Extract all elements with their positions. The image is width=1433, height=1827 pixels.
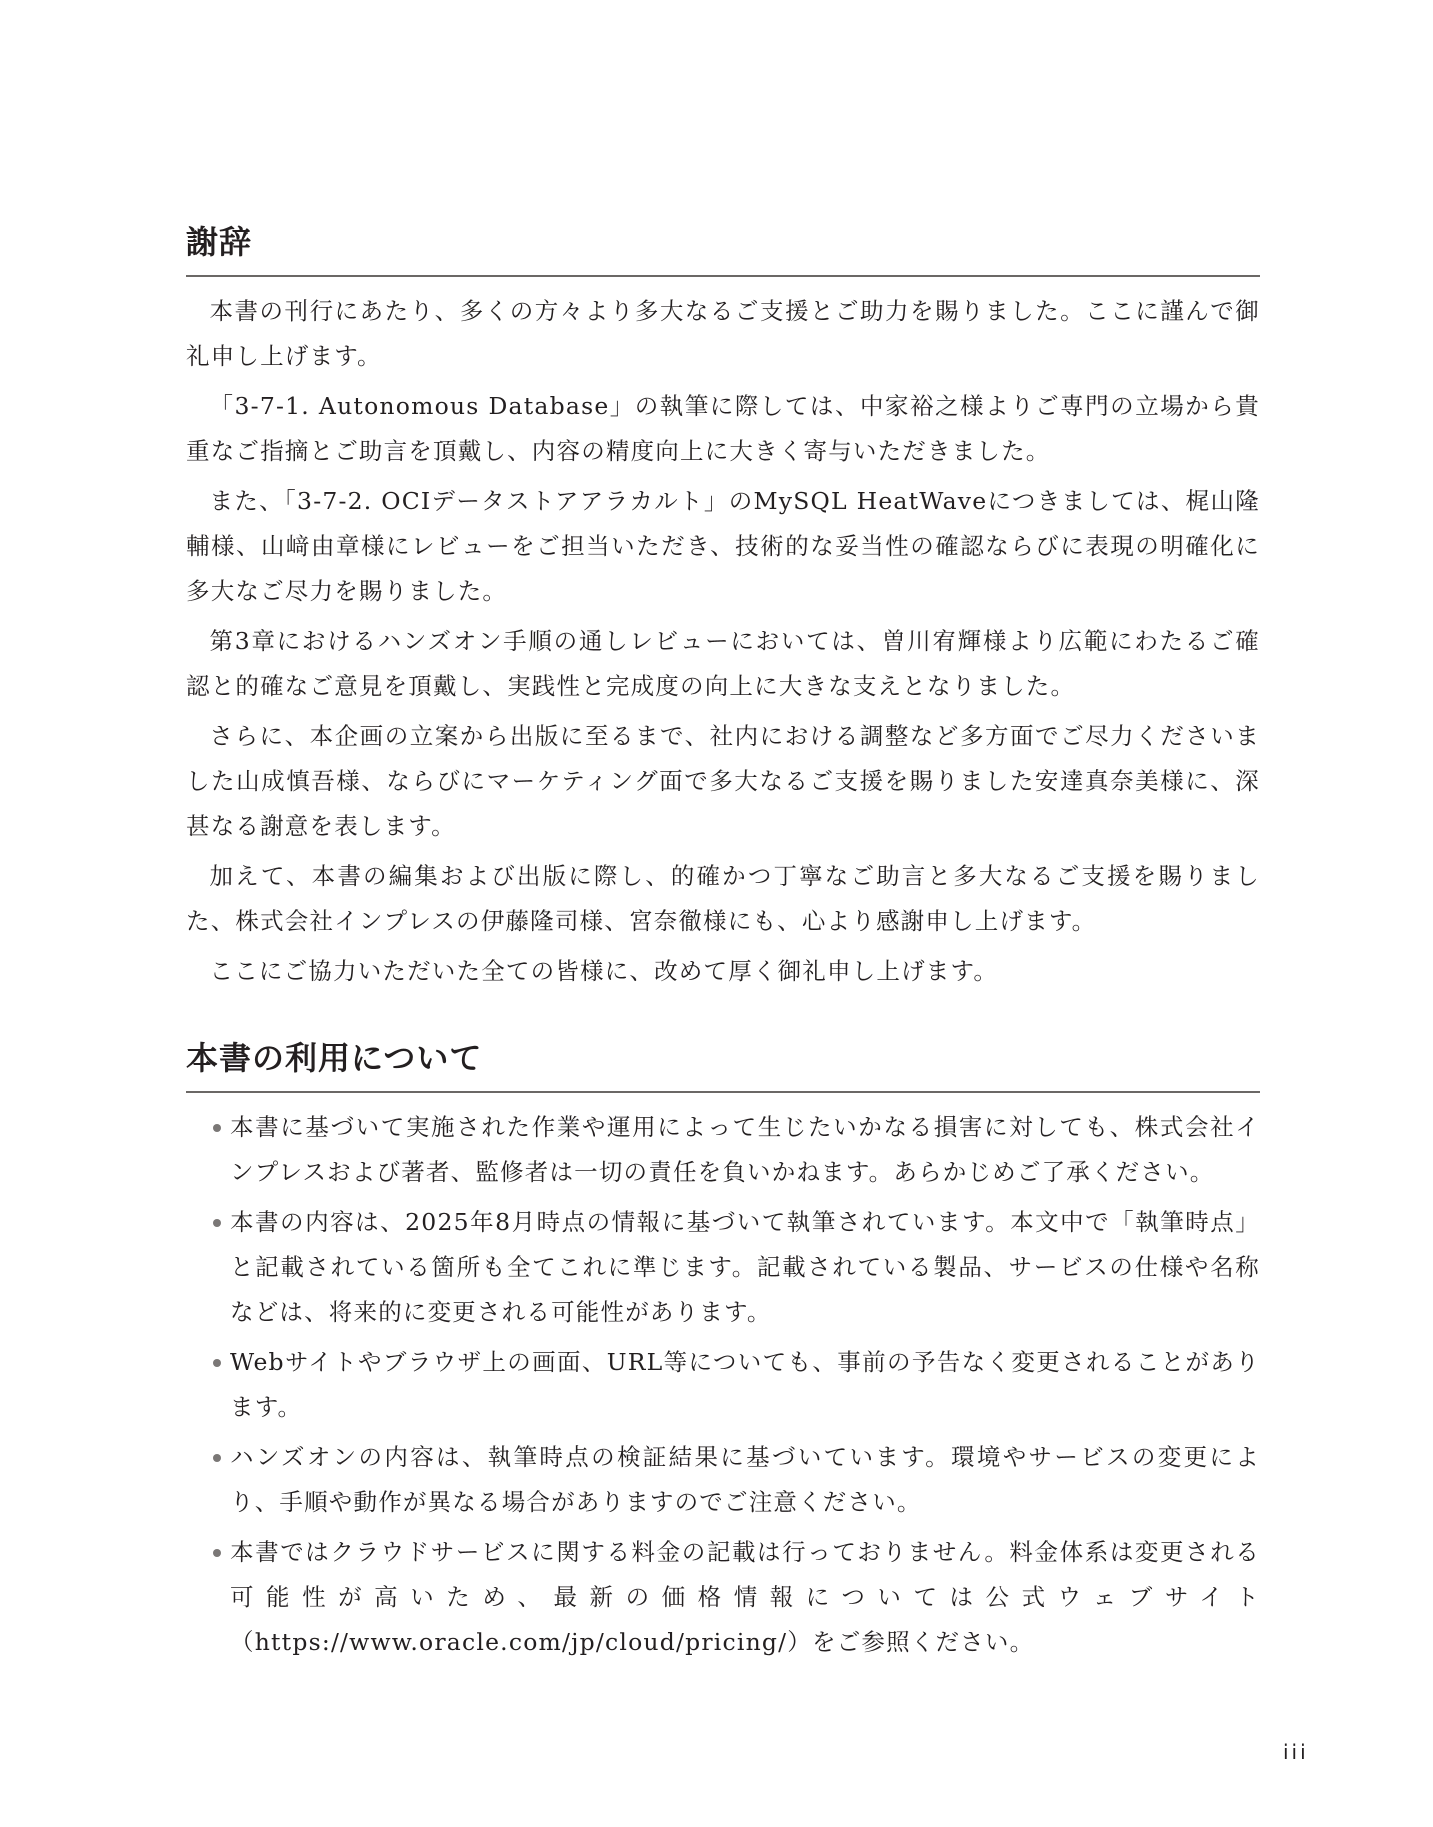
section-divider bbox=[186, 1091, 1260, 1093]
paragraph: 第3章におけるハンズオン手順の通しレビューにおいては、曽川宥輝様より広範にわたる… bbox=[186, 619, 1260, 709]
usage-section: 本書の利用について 本書に基づいて実施された作業や運用によって生じたいかなる損害… bbox=[186, 1038, 1260, 1670]
bullet-icon bbox=[213, 1219, 221, 1227]
paragraph: また、「3-7-2. OCIデータストアアラカルト」のMySQL HeatWav… bbox=[186, 479, 1260, 614]
list-item: 本書の内容は、2025年8月時点の情報に基づいて執筆されています。本文中で「執筆… bbox=[186, 1200, 1260, 1335]
bullet-icon bbox=[213, 1124, 221, 1132]
paragraph: 加えて、本書の編集および出版に際し、的確かつ丁寧なご助言と多大なるご支援を賜りま… bbox=[186, 854, 1260, 944]
section-title-usage: 本書の利用について bbox=[186, 1038, 1260, 1078]
list-item-text: 本書ではクラウドサービスに関する料金の記載は行っておりません。料金体系は変更され… bbox=[230, 1538, 1260, 1656]
paragraph: 本書の刊行にあたり、多くの方々より多大なるご支援とご助力を賜りました。ここに謹ん… bbox=[186, 289, 1260, 379]
section-title-acknowledgements: 謝辞 bbox=[186, 222, 1260, 262]
paragraph: さらに、本企画の立案から出版に至るまで、社内における調整など多方面でご尽力くださ… bbox=[186, 714, 1260, 849]
bullet-icon bbox=[213, 1359, 221, 1367]
list-item-text: ハンズオンの内容は、執筆時点の検証結果に基づいています。環境やサービスの変更によ… bbox=[230, 1443, 1260, 1516]
acknowledgements-section: 謝辞 本書の刊行にあたり、多くの方々より多大なるご支援とご助力を賜りました。ここ… bbox=[186, 222, 1260, 999]
list-item: ハンズオンの内容は、執筆時点の検証結果に基づいています。環境やサービスの変更によ… bbox=[186, 1435, 1260, 1525]
list-item: 本書に基づいて実施された作業や運用によって生じたいかなる損害に対しても、株式会社… bbox=[186, 1105, 1260, 1195]
usage-bullet-list: 本書に基づいて実施された作業や運用によって生じたいかなる損害に対しても、株式会社… bbox=[186, 1105, 1260, 1665]
list-item: 本書ではクラウドサービスに関する料金の記載は行っておりません。料金体系は変更され… bbox=[186, 1530, 1260, 1665]
list-item-text: 本書の内容は、2025年8月時点の情報に基づいて執筆されています。本文中で「執筆… bbox=[230, 1208, 1260, 1326]
section-divider bbox=[186, 275, 1260, 277]
page-number: iii bbox=[1283, 1740, 1309, 1764]
list-item-text: 本書に基づいて実施された作業や運用によって生じたいかなる損害に対しても、株式会社… bbox=[230, 1113, 1260, 1186]
bullet-icon bbox=[213, 1549, 221, 1557]
paragraph: 「3-7-1. Autonomous Database」の執筆に際しては、中家裕… bbox=[186, 384, 1260, 474]
bullet-icon bbox=[213, 1454, 221, 1462]
list-item: Webサイトやブラウザ上の画面、URL等についても、事前の予告なく変更されること… bbox=[186, 1340, 1260, 1430]
list-item-text: Webサイトやブラウザ上の画面、URL等についても、事前の予告なく変更されること… bbox=[230, 1348, 1260, 1421]
paragraph: ここにご協力いただいた全ての皆様に、改めて厚く御礼申し上げます。 bbox=[186, 949, 1260, 994]
